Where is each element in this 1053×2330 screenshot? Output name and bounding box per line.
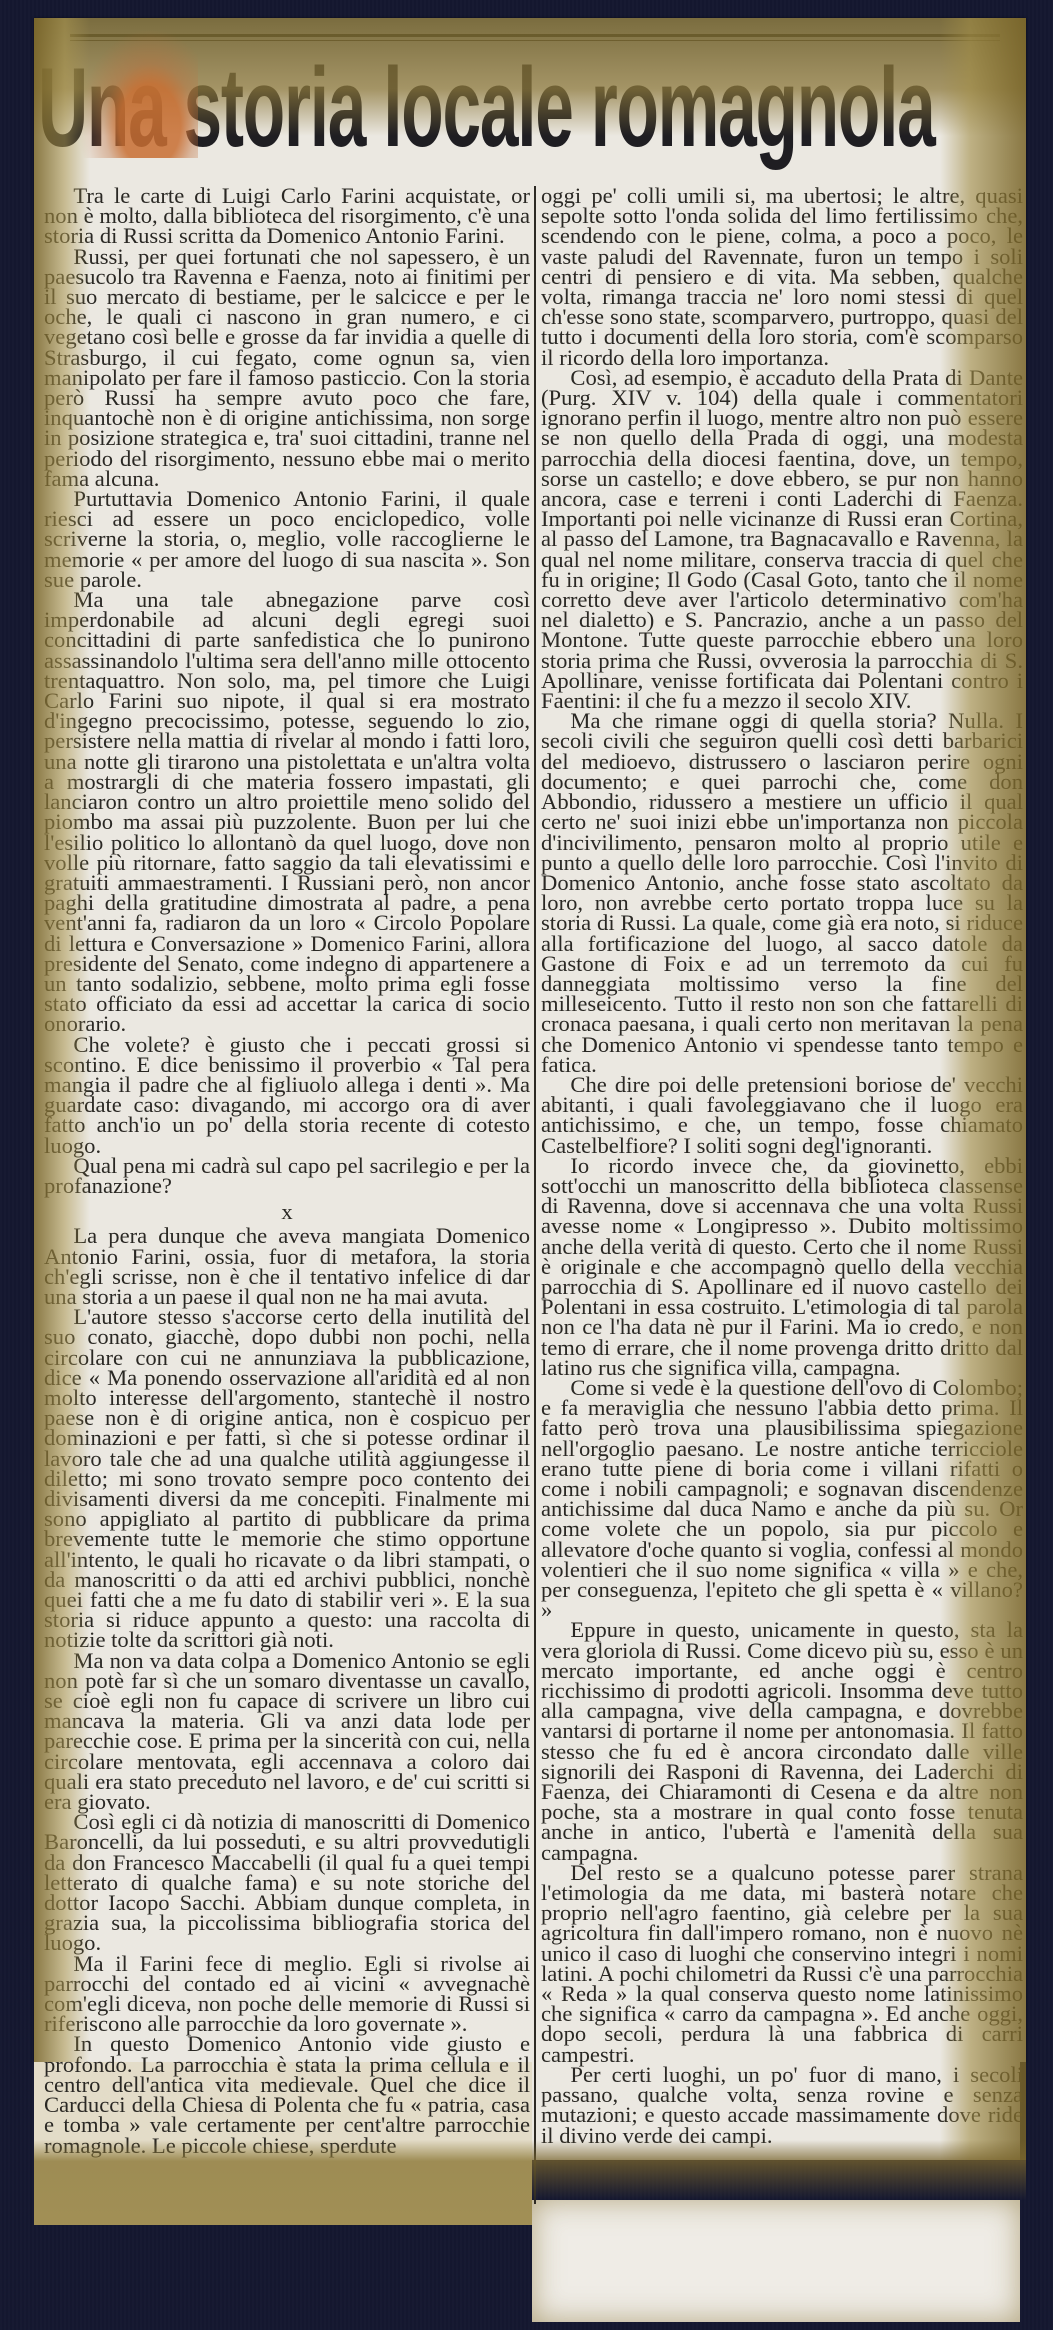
paragraph: Così, ad esempio, è accaduto della Prata… xyxy=(541,368,1023,711)
paragraph: Che dire poi delle pretensioni boriose d… xyxy=(541,1075,1023,1156)
top-rule-line-thin xyxy=(70,40,1000,41)
paragraph: Io ricordo invece che, da giovinetto, eb… xyxy=(541,1156,1023,1378)
paragraph: Che volete? è giusto che i peccati gross… xyxy=(44,1035,530,1156)
paragraph: Ma che rimane oggi di quella storia? Nul… xyxy=(541,711,1023,1075)
paragraph: L'autore stesso s'accorse certo della in… xyxy=(44,1307,530,1650)
article-column-left: Tra le carte di Luigi Carlo Farini acqui… xyxy=(44,186,530,2156)
top-rule-line xyxy=(70,34,1000,37)
paragraph: Tra le carte di Luigi Carlo Farini acqui… xyxy=(44,186,530,247)
paragraph: Come si vede è la questione dell'ovo di … xyxy=(541,1378,1023,1620)
section-separator-mark: x xyxy=(44,1196,530,1226)
paragraph: Per certi luoghi, un po' fuor di mano, i… xyxy=(541,2065,1023,2146)
paragraph: Ma non va data colpa a Domenico Antonio … xyxy=(44,1651,530,1813)
paragraph: Ma il Farini fece di meglio. Egli si riv… xyxy=(44,1954,530,2035)
paragraph: Eppure in questo, unicamente in questo, … xyxy=(541,1620,1023,1862)
article-headline: Una storia locale romagnola xyxy=(38,52,1030,164)
paragraph: La pera dunque che aveva mangiata Domeni… xyxy=(44,1226,530,1307)
column-divider xyxy=(534,186,536,2204)
paragraph: Del resto se a qualcuno potesse parer st… xyxy=(541,1863,1023,2065)
paragraph: Purtuttavia Domenico Antonio Farini, il … xyxy=(44,489,530,590)
clipping-blank-tail xyxy=(532,2200,1020,2322)
paragraph: Così egli ci dà notizia di manoscritti d… xyxy=(44,1812,530,1953)
paragraph: Russi, per quei fortunati che nol sapess… xyxy=(44,247,530,489)
paragraph: oggi pe' colli umili si, ma ubertosi; le… xyxy=(541,186,1023,368)
paragraph: Ma una tale abnegazione parve così imper… xyxy=(44,590,530,1034)
article-column-right: oggi pe' colli umili si, ma ubertosi; le… xyxy=(541,186,1023,2146)
paragraph: In questo Domenico Antonio vide giusto e… xyxy=(44,2034,530,2155)
paragraph: Qual pena mi cadrà sul capo pel sacrileg… xyxy=(44,1156,530,1196)
